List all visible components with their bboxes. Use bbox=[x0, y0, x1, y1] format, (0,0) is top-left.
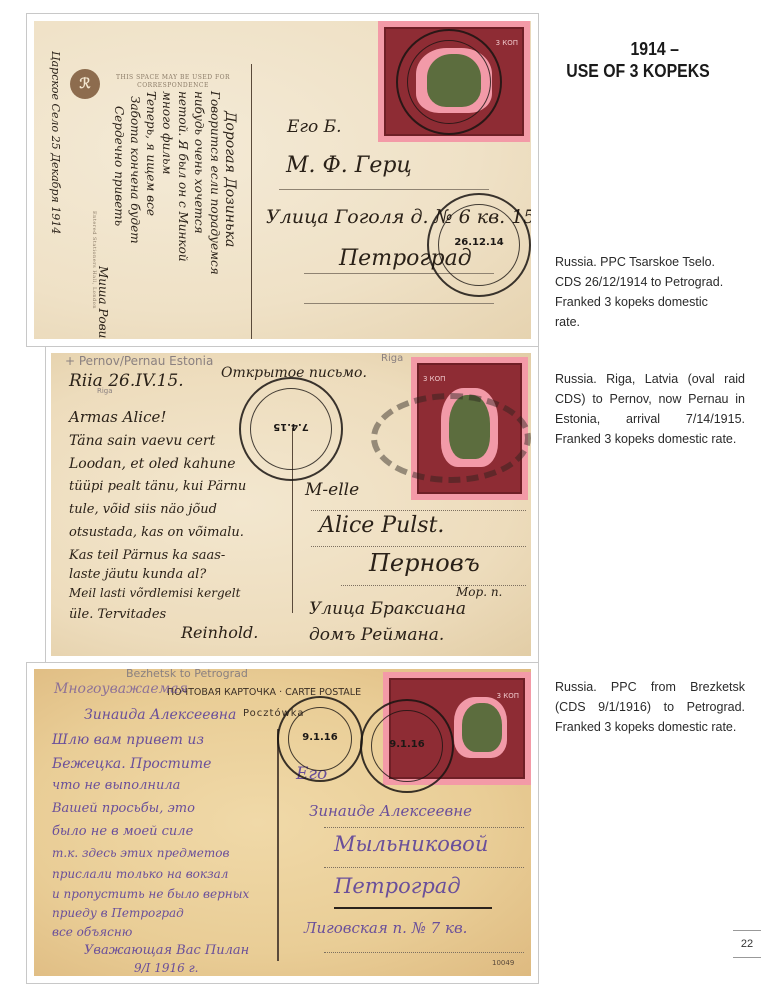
postcard-3-image: Bezhetsk to Petrograd ПОЧТОВАЯ КАРТОЧКА … bbox=[34, 669, 531, 976]
postmark-cds: 26.12.14 bbox=[427, 193, 531, 297]
postmark-departure-cds: 9.1.16 bbox=[277, 696, 363, 782]
message-line: и пропустить не было верных bbox=[52, 887, 249, 901]
message-line: Riia 26.IV.15. bbox=[69, 371, 184, 391]
message-line: много фильм bbox=[160, 91, 174, 174]
message-line: üle. Tervitades bbox=[69, 607, 166, 622]
card-divider bbox=[277, 729, 279, 961]
postmark-arrival-cds: 7.4.15 bbox=[239, 377, 343, 481]
message-line: Бежецка. Простите bbox=[52, 756, 211, 772]
address-line: Улица Браксиана bbox=[309, 599, 466, 619]
address-line: М. Ф. Герц bbox=[286, 153, 412, 178]
pencil-note-origin: Riga bbox=[381, 353, 403, 364]
message-line: Многоуважаемая bbox=[54, 681, 188, 697]
message-line: Kas teil Pärnus ka saas- bbox=[69, 548, 225, 563]
caption-item-2: Russia. Riga, Latvia (oval raid CDS) to … bbox=[555, 369, 745, 449]
address-rule bbox=[304, 303, 494, 304]
address-line: Мыльниковой bbox=[334, 832, 488, 856]
printed-correspondence-header: THIS SPACE MAY BE USED FOR CORRESPONDENC… bbox=[112, 74, 234, 90]
address-line: Перновъ bbox=[369, 549, 480, 577]
address-line: Лиговская п. № 7 кв. bbox=[304, 919, 467, 937]
page-title-year: 1914 – bbox=[563, 38, 713, 60]
catalog-number: 10049 bbox=[492, 959, 514, 967]
pencil-note-destination: + Pernov/Pernau Estonia bbox=[65, 354, 213, 368]
message-line: Шлю вам привет из bbox=[52, 732, 204, 748]
message-line: было не в моей силе bbox=[52, 824, 193, 839]
message-line: Миша Ровин bbox=[96, 266, 110, 339]
message-line: нетой. Я был он с Минкой bbox=[176, 91, 190, 262]
message-line: Говорится если порадуемся bbox=[208, 91, 222, 275]
message-line: все объясню bbox=[52, 925, 132, 939]
address-rule bbox=[324, 827, 524, 829]
message-line: Meil lasti võrdlemisi kergelt bbox=[69, 586, 240, 600]
message-line: laste jäutu kunda al? bbox=[69, 567, 206, 582]
message-line: Täna sain vaevu cert bbox=[69, 433, 215, 449]
stamp-value: 3 КОП bbox=[423, 375, 445, 383]
postcard-1-image: ℛ THIS SPACE MAY BE USED FOR CORRESPONDE… bbox=[34, 21, 531, 339]
postmark-on-stamp: 9.1.16 bbox=[360, 699, 454, 793]
stamp-value: 3 КОП bbox=[497, 692, 519, 700]
message-line: Уважающая Вас Пилан bbox=[84, 943, 249, 958]
message-line: Armas Alice! bbox=[69, 408, 166, 426]
message-line: приеду в Петроград bbox=[52, 906, 184, 920]
postmark-date: 9.1.16 bbox=[362, 739, 452, 750]
address-rule bbox=[311, 546, 526, 548]
stamp-value: 3 КОП bbox=[496, 39, 518, 47]
address-rule bbox=[324, 867, 524, 869]
address-rule bbox=[334, 907, 492, 909]
message-line: tüüpi pealt tänu, kui Pärnu bbox=[69, 479, 246, 494]
postmark-on-stamp bbox=[396, 29, 502, 135]
address-line: Зинаиде Алексеевне bbox=[309, 802, 472, 820]
message-line: Дорогая Дозинька bbox=[222, 111, 238, 247]
message-line: Зинаида Алексеевна bbox=[84, 707, 236, 723]
pencil-note-route: Bezhetsk to Petrograd bbox=[126, 669, 248, 680]
postmark-date: 26.12.14 bbox=[429, 237, 529, 248]
postmark-date: 9.1.16 bbox=[279, 732, 361, 743]
message-line: tule, võid siis näo jõud bbox=[69, 502, 217, 517]
caption-item-1: Russia. PPC Tsarskoe Tselo. CDS 26/12/19… bbox=[555, 252, 725, 332]
message-line: Теперь, я ищем все bbox=[144, 91, 158, 216]
address-line: Alice Pulst. bbox=[319, 513, 444, 538]
postmark-date: 7.4.15 bbox=[241, 421, 341, 432]
address-line: Его Б. bbox=[287, 117, 342, 137]
postcard-2-image: + Pernov/Pernau Estonia Riga Riga Открыт… bbox=[51, 353, 531, 656]
message-date: 9/I 1916 г. bbox=[134, 961, 198, 975]
message-line: что не выполнила bbox=[52, 778, 180, 793]
message-line: Сердечно приветь bbox=[112, 106, 126, 226]
message-line: otsustada, kas on võimalu. bbox=[69, 525, 244, 540]
caption-item-3: Russia. PPC from Brezketsk (CDS 9/1/1916… bbox=[555, 677, 745, 737]
sender-date: Царское Село 25 Декабря 1914 bbox=[49, 51, 62, 234]
printed-card-heading: ПОЧТОВАЯ КАРТОЧКА · CARTE POSTALE bbox=[167, 687, 361, 698]
address-rule bbox=[279, 189, 489, 190]
rn-monogram-logo-icon: ℛ bbox=[70, 69, 100, 99]
address-line: Петроград bbox=[334, 874, 461, 898]
message-line: т.к. здесь этих предметов bbox=[52, 846, 229, 860]
page-title: 1914 – USE OF 3 KOPEKS bbox=[563, 38, 713, 82]
address-line: домъ Реймана. bbox=[309, 625, 444, 645]
message-line: Забота кончена будет bbox=[128, 96, 142, 244]
address-rule bbox=[324, 952, 524, 954]
message-line: Вашей просьбы, это bbox=[52, 801, 195, 816]
message-line: прислали только на вокзал bbox=[52, 867, 228, 881]
signature: Reinhold. bbox=[181, 623, 258, 642]
message-line: нибудь очень хочется bbox=[192, 91, 206, 234]
oval-raid-postmark bbox=[371, 393, 531, 483]
card-divider bbox=[251, 64, 252, 339]
message-line: Loodan, et oled kahune bbox=[69, 456, 236, 472]
page-number: 22 bbox=[733, 930, 761, 958]
address-rule bbox=[311, 510, 526, 512]
address-line: M-elle bbox=[305, 480, 359, 500]
address-line: Мор. п. bbox=[456, 585, 502, 599]
page-title-subject: USE OF 3 KOPEKS bbox=[563, 60, 713, 82]
